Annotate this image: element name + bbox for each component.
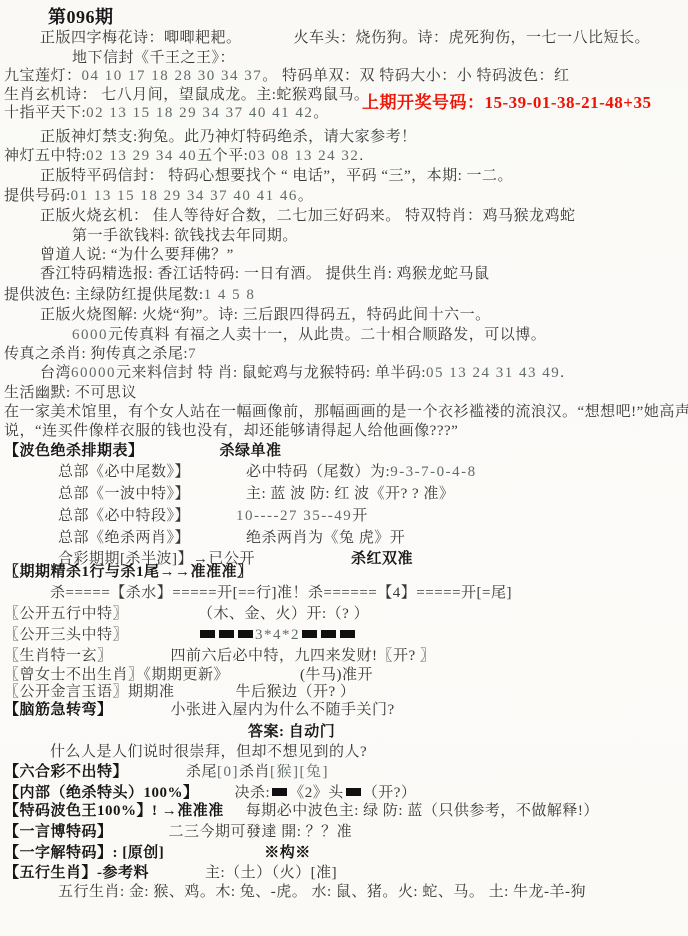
magic-lamp-ban-line: 正版神灯禁支:狗兔。此乃神灯特码绝杀，请大家参考！ xyxy=(40,127,417,147)
nine-lotus-line: 九宝莲灯：04 10 17 18 28 30 34 37。 特码单双：双 特码大… xyxy=(4,66,570,86)
magic-lamp-five-line: 神灯五中特: 02 13 29 34 40 五个平:03 08 13 24 32… xyxy=(4,146,364,166)
text-segment: 香江特码精选报: 香江话特码: 一日有酒。 提供生肖: 鸡猴龙蛇马鼠 xyxy=(40,264,490,284)
text-segment: 【一言博特码】 xyxy=(4,822,113,842)
issue-title: 第096期 xyxy=(48,7,114,27)
text-segment: 《2》头 xyxy=(289,783,344,803)
text-segment: 【脑筋急转弯】 xyxy=(4,700,113,720)
five-element-zodiac-list-line: 五行生肖: 金: 猴、鸡。木: 兔、-虎。 水: 鼠、猪。火: 蛇、马。 土: … xyxy=(58,882,586,902)
text-segment: 每期必中波色主: 绿 防: 蓝（只供参考，不做解释!） xyxy=(246,801,599,821)
zodiac-special-line: 〖生肖特一玄〗四前六后必中特，九四来发财!〖开? 〗 xyxy=(4,646,435,666)
text-segment: 第096期 xyxy=(48,7,114,27)
text-segment: 杀=====【杀水】=====开[==行]准！杀======【4】=====开[… xyxy=(50,583,512,603)
text-segment: 答案: 自动门 xyxy=(248,722,335,742)
black-bar xyxy=(321,630,336,638)
text-segment: 【五行生肖】-参考料 xyxy=(4,863,149,883)
three-heads-line: 〖公开三头中特〗3*4*2 xyxy=(4,625,357,645)
text-segment: 〖公开金言玉语〗期期准 xyxy=(4,682,175,702)
five-element-zodiac-ref-line: 【五行生肖】-参考料主:（土）（火）[准] xyxy=(4,863,337,883)
internal-kill-head-line: 【内部（绝杀特头）100%】决杀: 《2》头（开?） xyxy=(4,783,416,803)
text-segment: 决杀: xyxy=(235,783,271,803)
previous-draw-numbers: 上期开奖号码：15-39-01-38-21-48+35 xyxy=(362,93,652,113)
black-bar xyxy=(200,630,215,638)
five-elements-line: 〖公开五行中特〗（木、金、火）开:（? ） xyxy=(4,604,369,624)
text-segment: 总部《一波中特》】 xyxy=(58,484,190,504)
riddle-line: 什么人是人们说时很崇拜，但却不想见到的人? xyxy=(50,742,367,762)
text-segment: 曾道人说: “为什么要拜佛？” xyxy=(40,245,234,265)
special-flat-envelope-line: 正版特平码信封： 特码心想要找个 “ 电话”，平码 “三”，本期: 一二。 xyxy=(40,166,513,186)
text-segment: 开 xyxy=(352,506,368,526)
text-segment: . xyxy=(560,363,564,383)
text-segment: 10----27 35--49 xyxy=(236,506,352,526)
text-segment: 必中特码（尾数）为: xyxy=(246,462,390,482)
text-segment: 1 4 5 8 xyxy=(204,285,256,305)
black-bar xyxy=(346,788,361,796)
fax-kill-line: 传真之杀肖: 狗传真之杀尾: 7 xyxy=(4,344,197,364)
black-bar xyxy=(238,630,253,638)
text-segment: 五行生肖: 金: 猴、鸡。木: 兔、-虎。 水: 鼠、猪。火: 蛇、马。 土: … xyxy=(58,882,586,902)
text-segment: 杀尾 xyxy=(186,762,217,782)
text-segment: 台湾 xyxy=(40,363,71,383)
text-segment: 地下信封《千王之王》： xyxy=(72,48,235,68)
taiwan-envelope-line: 台湾 60000 元来料信封 特 肖: 鼠蛇鸡与龙猴特码: 单半码: 05 13… xyxy=(40,363,565,383)
text-segment: 正版四字梅花诗：唧唧耙耙。 xyxy=(40,28,242,48)
text-segment xyxy=(344,783,363,803)
hq-wave-line: 总部《一波中特》】主: 蓝 波 防: 红 波《开? ? 准》 xyxy=(58,484,454,504)
text-segment: 什么人是人们说时很崇拜，但却不想见到的人? xyxy=(50,742,367,762)
no-special-line: 【六合彩不出特】杀尾[0]杀肖[猴][兔] xyxy=(4,762,329,782)
text-segment: 总部《绝杀两肖》】 xyxy=(58,528,190,548)
text-segment: 传真之杀肖: 狗传真之杀尾: xyxy=(4,344,188,364)
humor-body-line-1: 在一家美术馆里，有个女人站在一幅画像前，那幅画画的是一个衣衫褴褛的流浪汉。“想想… xyxy=(4,402,688,422)
text-segment: 6000 xyxy=(72,325,108,345)
text-segment: 7 xyxy=(188,344,197,364)
text-segment: 05 13 24 31 43 49 xyxy=(426,363,560,383)
black-bar xyxy=(302,630,317,638)
plum-poem-line: 正版四字梅花诗：唧唧耙耙。火车头：烧伤狗。诗：虎死狗伤，一七一八比短长。 xyxy=(40,28,650,48)
text-segment: 总部《必中尾数》】 xyxy=(58,462,190,482)
precise-kill-title-line: 〖期期精杀1行与杀1尾→→准准准〗 xyxy=(4,562,253,582)
text-segment: 正版火烧玄机： 佳人等待好合数，二七加三好码来。 特双特肖：鸡马猴龙鸡蛇 xyxy=(40,206,576,226)
kill-water-line: 杀=====【杀水】=====开[==行]准！杀======【4】=====开[… xyxy=(50,583,512,603)
text-segment: 在一家美术馆里，有个女人站在一幅画像前，那幅画画的是一个衣衫褴褛的流浪汉。“想想… xyxy=(4,402,688,422)
text-segment: 元来料信封 特 肖: 鼠蛇鸡与龙猴特码: 单半码: xyxy=(116,363,426,383)
text-segment: [0] xyxy=(217,762,239,782)
hq-segment-line: 总部《必中特段》】10----27 35--49 开 xyxy=(58,506,368,526)
humor-body-line-2: 说，“连买件像样衣服的钱也没有，却还能够请得起人给他画像???” xyxy=(4,421,458,441)
one-word-bet-line: 【一言博特码】二三今期可發達 開: ？？准 xyxy=(4,822,352,842)
text-segment: 【六合彩不出特】 xyxy=(4,762,128,782)
black-bar xyxy=(219,630,234,638)
text-segment: 【一字解特码】: [原创] xyxy=(4,843,164,863)
text-segment: 正版特平码信封： 特码心想要找个 “ 电话”，平码 “三”，本期: 一二。 xyxy=(40,166,513,186)
ten-fingers-line: 十指平天下: 02 13 15 18 29 34 37 40 41 42。 xyxy=(4,103,329,123)
text-segment: 生活幽默: 不可思议 xyxy=(4,383,137,403)
one-char-solve-line: 【一字解特码】: [原创]※构※ xyxy=(4,843,311,863)
black-bar xyxy=(340,630,355,638)
text-segment: 生肖玄机诗： 七八月间，望鼠成龙。主:蛇猴鸡鼠马。 xyxy=(4,85,369,105)
text-segment: 主: 蓝 波 防: 红 波《开? ? 准》 xyxy=(246,484,454,504)
text-segment: 二三今期可發達 開: ？？准 xyxy=(169,822,353,842)
text-segment: 小张进入屋内为什么不随手关门? xyxy=(171,700,395,720)
text-segment: 〖期期精杀1行与杀1尾→→准准准〗 xyxy=(4,562,253,582)
text-segment xyxy=(270,783,289,803)
text-segment: 第一手欲钱料: 欲钱找去年同期。 xyxy=(72,226,298,246)
text-segment: 02 13 29 34 40 xyxy=(86,146,197,166)
text-segment: 03 08 13 24 32 xyxy=(248,146,359,166)
zeng-daoren-line: 曾道人说: “为什么要拜佛？” xyxy=(40,245,234,265)
text-segment: （木、金、火）开:（? ） xyxy=(198,604,369,624)
hq-two-zodiac-line: 总部《绝杀两肖》】绝杀两肖为《兔 虎》开 xyxy=(58,528,405,548)
text-segment: 【特码波色王100%】! →准准准 xyxy=(4,801,224,821)
text-segment: ※构※ xyxy=(264,843,311,863)
golden-words-line: 〖公开金言玉语〗期期准牛后猴边（开? ） xyxy=(4,682,355,702)
text-segment: 〖生肖特一玄〗 xyxy=(4,646,113,666)
wave-king-line: 【特码波色王100%】! →准准准每期必中波色主: 绿 防: 蓝（只供参考，不做… xyxy=(4,801,599,821)
first-money-line: 第一手欲钱料: 欲钱找去年同期。 xyxy=(72,226,298,246)
wave-color-line: 提供波色: 主绿防红提供尾数: 1 4 5 8 xyxy=(4,285,255,305)
text-segment: 。 xyxy=(298,186,314,206)
fax-6000-line: 6000 元传真料 有福之人卖十一，从此贵。二十相合顺路发，可以博。 xyxy=(72,325,546,345)
text-segment: 9-3-7-0-4-8 xyxy=(390,462,476,482)
fire-mystery-line: 正版火烧玄机： 佳人等待好合数，二七加三好码来。 特双特肖：鸡马猴龙鸡蛇 xyxy=(40,206,576,226)
text-segment: 杀红双准 xyxy=(351,549,413,569)
text-segment: 3*4*2 xyxy=(255,625,300,645)
text-segment: 。 特码单双：双 特码大小：小 特码波色：红 xyxy=(262,66,569,86)
text-segment: 【内部（绝杀特头）100%】 xyxy=(4,783,199,803)
text-segment: 【波色绝杀排期表】 xyxy=(4,441,144,461)
text-segment: 60000 xyxy=(71,363,116,383)
text-segment: 九宝莲灯： xyxy=(4,66,82,86)
text-segment: 牛后猴边（开? ） xyxy=(236,682,356,702)
text-segment: 。 xyxy=(313,103,329,123)
text-segment: 杀绿单准 xyxy=(220,441,282,461)
text-segment: 〖公开三头中特〗 xyxy=(4,625,128,645)
text-segment: 〖公开五行中特〗 xyxy=(4,604,128,624)
document-page: 第096期正版四字梅花诗：唧唧耙耙。火车头：烧伤狗。诗：虎死狗伤，一七一八比短长… xyxy=(0,0,688,936)
text-segment: 正版火烧图解: 火烧“狗”。诗: 三后跟四得码五，特码此间十六一。 xyxy=(40,305,491,325)
zodiac-poem-line: 生肖玄机诗： 七八月间，望鼠成龙。主:蛇猴鸡鼠马。 xyxy=(4,85,369,105)
text-segment: 杀肖 xyxy=(239,762,270,782)
black-bar xyxy=(272,788,287,796)
text-segment: 神灯五中特: xyxy=(4,146,86,166)
text-segment: . xyxy=(359,146,363,166)
wave-kill-schedule-line: 【波色绝杀排期表】杀绿单准 xyxy=(4,441,282,461)
text-segment: 01 13 15 18 29 34 37 40 41 46 xyxy=(71,186,298,206)
text-segment: （开?） xyxy=(363,783,417,803)
answer-line: 答案: 自动门 xyxy=(248,722,335,742)
text-segment: 提供波色: 主绿防红提供尾数: xyxy=(4,285,204,305)
text-segment xyxy=(198,625,255,645)
text-segment: 四前六后必中特，九四来发财!〖开? 〗 xyxy=(171,646,436,666)
text-segment: 02 13 15 18 29 34 37 40 41 42 xyxy=(86,103,313,123)
humor-title-line: 生活幽默: 不可思议 xyxy=(4,383,137,403)
xiangjiang-line: 香江特码精选报: 香江话特码: 一日有酒。 提供生肖: 鸡猴龙蛇马鼠 xyxy=(40,264,490,284)
text-segment: 主:（土）（火）[准] xyxy=(205,863,337,883)
text-segment: 04 10 17 18 28 30 34 37 xyxy=(82,66,263,86)
text-segment: 上期开奖号码：15-39-01-38-21-48+35 xyxy=(362,93,652,113)
text-segment: 提供号码: xyxy=(4,186,71,206)
text-segment xyxy=(300,625,357,645)
fire-diagram-line: 正版火烧图解: 火烧“狗”。诗: 三后跟四得码五，特码此间十六一。 xyxy=(40,305,491,325)
provided-numbers-line: 提供号码: 01 13 15 18 29 34 37 40 41 46。 xyxy=(4,186,313,206)
text-segment: 正版神灯禁支:狗兔。此乃神灯特码绝杀，请大家参考！ xyxy=(40,127,417,147)
text-segment: 说，“连买件像样衣服的钱也没有，却还能够请得起人给他画像???” xyxy=(4,421,458,441)
text-segment: 总部《必中特段》】 xyxy=(58,506,190,526)
text-segment: 十指平天下: xyxy=(4,103,86,123)
text-segment: [猴][兔] xyxy=(270,762,329,782)
text-segment: 火车头：烧伤狗。诗：虎死狗伤，一七一八比短长。 xyxy=(294,28,651,48)
text-segment: 元传真料 有福之人卖十一，从此贵。二十相合顺路发，可以博。 xyxy=(108,325,546,345)
brain-teaser-line: 【脑筋急转弯】小张进入屋内为什么不随手关门? xyxy=(4,700,395,720)
text-segment: 绝杀两肖为《兔 虎》开 xyxy=(246,528,405,548)
hq-tail-line: 总部《必中尾数》】必中特码（尾数）为: 9-3-7-0-4-8 xyxy=(58,462,477,482)
underground-envelope-line: 地下信封《千王之王》： xyxy=(72,48,235,68)
text-segment: 五个平: xyxy=(197,146,248,166)
